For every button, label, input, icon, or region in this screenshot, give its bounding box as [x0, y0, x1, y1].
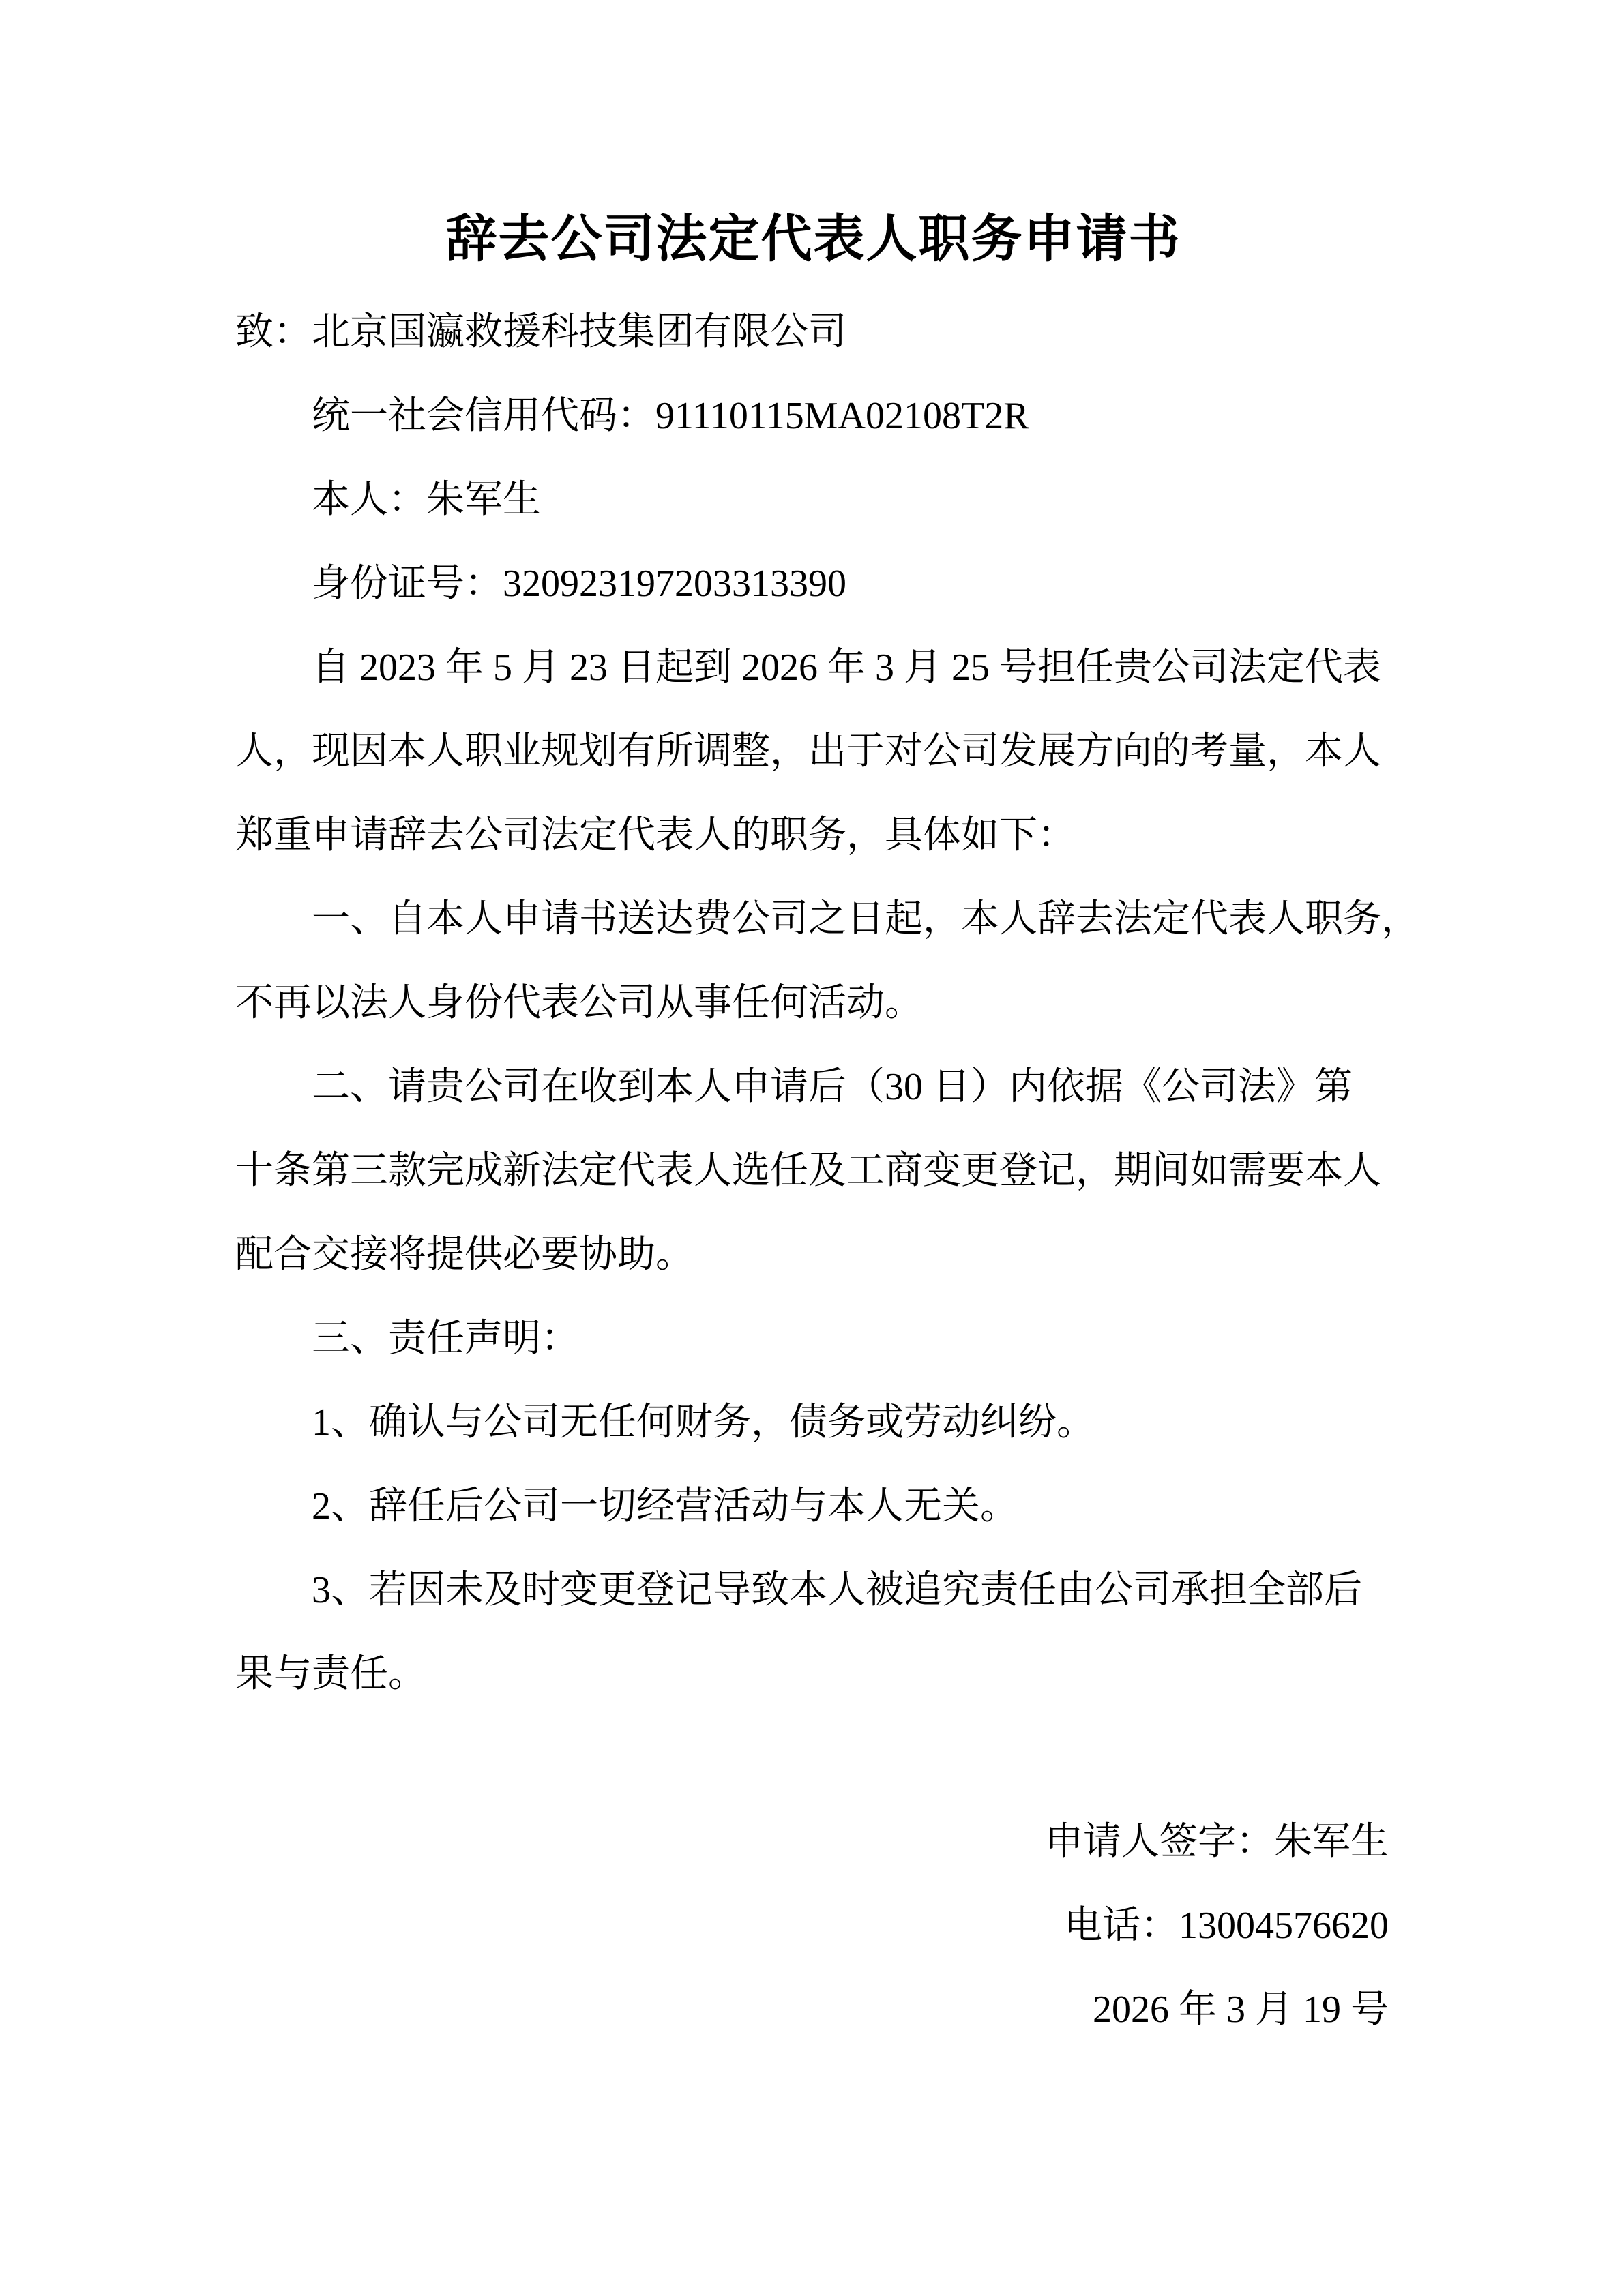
signature-line: 申请人签字：朱军生: [235, 1800, 1391, 1884]
signature-line: 2026 年 3 月 19 号: [235, 1968, 1391, 2052]
document-line: 人，现因本人职业规划有所调整，出于对公司发展方向的考量，本人: [235, 710, 1391, 794]
document-line: 1、确认与公司无任何财务，债务或劳动纠纷。: [235, 1381, 1391, 1465]
document-line: 自 2023 年 5 月 23 日起到 2026 年 3 月 25 号担任贵公司…: [235, 626, 1391, 710]
document-title: 辞去公司法定代表人职务申请书: [235, 192, 1391, 288]
document-line: 配合交接将提供必要协助。: [235, 1213, 1391, 1297]
document-line: 本人：朱军生: [235, 458, 1391, 542]
document-body: 致：北京国瀛救援科技集团有限公司统一社会信用代码：91110115MA02108…: [235, 290, 1391, 1716]
document-line: 三、责任声明：: [235, 1297, 1391, 1381]
document-line: 不再以法人身份代表公司从事任何活动。: [235, 961, 1391, 1045]
document-line: 2、辞任后公司一切经营活动与本人无关。: [235, 1465, 1391, 1549]
document-line: 二、请贵公司在收到本人申请后（30 日）内依据《公司法》第: [235, 1045, 1391, 1129]
document-page: 辞去公司法定代表人职务申请书 致：北京国瀛救援科技集团有限公司统一社会信用代码：…: [0, 0, 1624, 2296]
document-line: 一、自本人申请书送达费公司之日起，本人辞去法定代表人职务，: [235, 878, 1391, 961]
document-line: 3、若因未及时变更登记导致本人被追究责任由公司承担全部后: [235, 1549, 1391, 1632]
signature-block: 申请人签字：朱军生电话：130045766202026 年 3 月 19 号: [235, 1800, 1391, 2052]
document-line: 果与责任。: [235, 1632, 1391, 1716]
document-line: 致：北京国瀛救援科技集团有限公司: [235, 290, 1391, 374]
document-line: 郑重申请辞去公司法定代表人的职务，具体如下：: [235, 794, 1391, 878]
document-line: 身份证号：320923197203313390: [235, 542, 1391, 626]
document-line: 十条第三款完成新法定代表人选任及工商变更登记，期间如需要本人: [235, 1129, 1391, 1213]
document-line: 统一社会信用代码：91110115MA02108T2R: [235, 374, 1391, 458]
signature-line: 电话：13004576620: [235, 1884, 1391, 1968]
